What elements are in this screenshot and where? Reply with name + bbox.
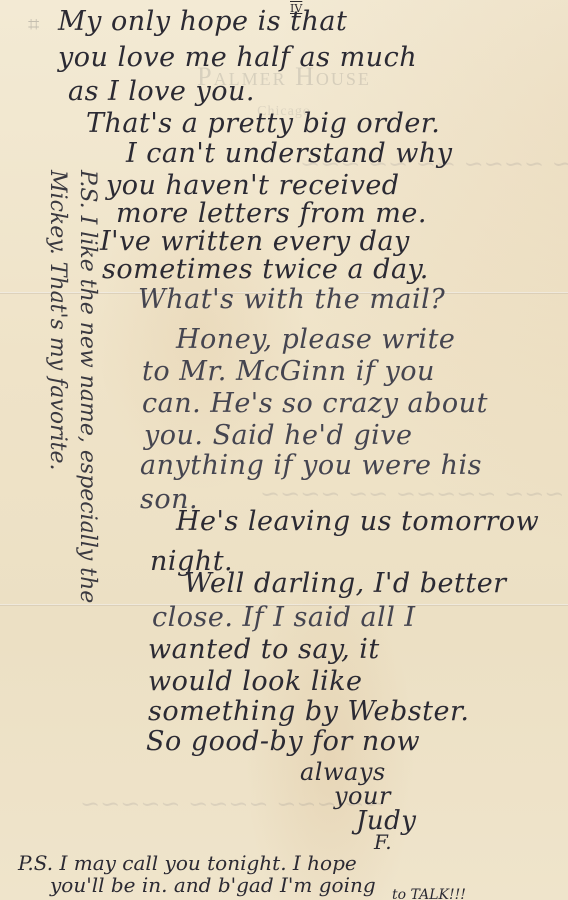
letter-line: you. Said he'd give (144, 422, 412, 449)
letter-line: something by Webster. (148, 698, 469, 725)
letter-line: you love me half as much (58, 44, 417, 71)
letter-line: My only hope is that (58, 8, 347, 35)
letter-line: What's with the mail? (138, 286, 445, 313)
letter-line: close. If I said all I (152, 604, 416, 631)
closing-your: your (334, 784, 391, 808)
letter-line: wanted to say, it (148, 636, 380, 663)
letter-line: I can't understand why (126, 140, 452, 167)
closing-always: always (300, 760, 386, 784)
postscript-line: P.S. I may call you tonight. I hope (18, 852, 376, 874)
letter-line: I've written every day (100, 228, 410, 255)
margin-note-line: Mickey. That's my favorite. (42, 170, 72, 194)
margin-note-line: P.S. I like the new name, especially the (72, 170, 102, 194)
corner-mark: ⌗ (28, 12, 39, 36)
letter-line: He's leaving us tomorrow (176, 508, 539, 535)
letter-page: ⌗ Palmer House Chicago IV ~~ ~~~~ ~~ ~~ … (0, 0, 568, 900)
letter-line: sometimes twice a day. (102, 256, 429, 283)
letter-line: So good-by for now (146, 728, 420, 755)
letter-line: Honey, please write (176, 326, 455, 353)
postscript-line: to TALK!!! (392, 888, 466, 900)
postscript-line: you'll be in. and b'gad I'm going (18, 874, 376, 896)
letter-line: more letters from me. (116, 200, 427, 227)
letter-line: to Mr. McGinn if you (142, 358, 435, 385)
letter-line: anything if you were his (140, 452, 482, 479)
letter-line: would look like (148, 668, 362, 695)
letter-line: you haven't received (106, 172, 400, 199)
letter-line: That's a pretty big order. (86, 110, 440, 137)
letter-line: as I love you. (68, 78, 255, 105)
letter-line: can. He's so crazy about (142, 390, 488, 417)
signature-initial: F. (374, 832, 392, 852)
bleed-through-text: ~~~ ~~~~~ ~~ ~~~~ (260, 480, 564, 508)
margin-note: P.S. I like the new name, especially the… (42, 170, 102, 194)
postscript: P.S. I may call you tonight. I hope you'… (18, 852, 376, 896)
letter-line: Well darling, I'd better (184, 570, 507, 597)
